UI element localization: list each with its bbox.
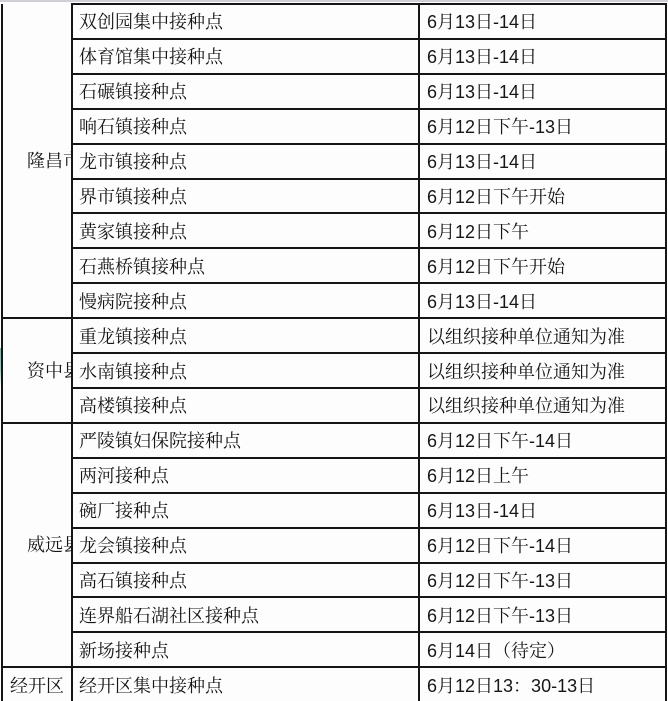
table-row: 黄家镇接种点6月12日下午 [2,213,666,248]
schedule-cell: 6月12日下午-13日 [419,597,666,632]
page: 隆昌市双创园集中接种点6月13日-14日体育馆集中接种点6月13日-14日石碾镇… [0,0,668,701]
site-cell: 慢病院接种点 [72,283,419,318]
region-label: 资中县 [27,359,47,383]
table-row: 资中县重龙镇接种点以组织接种单位通知为准 [2,318,666,353]
schedule-cell: 6月13日-14日 [419,74,666,109]
region-cell: 隆昌市 [2,4,72,318]
site-cell: 高楼镇接种点 [72,388,419,423]
site-cell: 界市镇接种点 [72,179,419,214]
schedule-cell: 6月13日-14日 [419,283,666,318]
vaccination-schedule-table: 隆昌市双创园集中接种点6月13日-14日体育馆集中接种点6月13日-14日石碾镇… [1,3,667,701]
schedule-cell: 6月12日下午-14日 [419,528,666,563]
site-cell: 高石镇接种点 [72,563,419,598]
site-cell: 新场接种点 [72,632,419,667]
site-cell: 双创园集中接种点 [72,4,419,39]
table-row: 体育馆集中接种点6月13日-14日 [2,39,666,74]
schedule-cell: 6月12日下午-14日 [419,423,666,458]
region-label: 隆昌市 [27,149,47,173]
region-label: 经开区 [10,676,64,696]
schedule-cell: 6月12日下午开始 [419,179,666,214]
site-cell: 龙会镇接种点 [72,528,419,563]
region-label: 威远县 [27,533,47,557]
site-cell: 石碾镇接种点 [72,74,419,109]
table-row: 碗厂接种点6月13日-14日 [2,493,666,528]
schedule-cell: 6月12日13：30-13日 [419,667,666,701]
site-cell: 石燕桥镇接种点 [72,248,419,283]
schedule-cell: 6月12日下午-13日 [419,109,666,144]
schedule-cell: 6月13日-14日 [419,4,666,39]
site-cell: 龙市镇接种点 [72,144,419,179]
table-row: 慢病院接种点6月13日-14日 [2,283,666,318]
schedule-cell: 以组织接种单位通知为准 [419,353,666,388]
table-row: 水南镇接种点以组织接种单位通知为准 [2,353,666,388]
region-cell: 威远县 [2,423,72,667]
site-cell: 体育馆集中接种点 [72,39,419,74]
schedule-cell: 以组织接种单位通知为准 [419,388,666,423]
table-row: 经开区经开区集中接种点6月12日13：30-13日 [2,667,666,701]
site-cell: 重龙镇接种点 [72,318,419,353]
table-row: 龙会镇接种点6月12日下午-14日 [2,528,666,563]
table-row: 响石镇接种点6月12日下午-13日 [2,109,666,144]
table-row: 高石镇接种点6月12日下午-13日 [2,563,666,598]
schedule-cell: 6月13日-14日 [419,39,666,74]
region-cell: 资中县 [2,318,72,423]
schedule-cell: 6月13日-14日 [419,144,666,179]
site-cell: 响石镇接种点 [72,109,419,144]
schedule-cell: 6月12日下午 [419,213,666,248]
schedule-cell: 6月12日下午-13日 [419,563,666,598]
table-row: 石燕桥镇接种点6月12日下午开始 [2,248,666,283]
table-body: 隆昌市双创园集中接种点6月13日-14日体育馆集中接种点6月13日-14日石碾镇… [2,4,666,701]
table-row: 隆昌市双创园集中接种点6月13日-14日 [2,4,666,39]
table-row: 新场接种点6月14日（待定） [2,632,666,667]
table-row: 威远县严陵镇妇保院接种点6月12日下午-14日 [2,423,666,458]
table-row: 连界船石湖社区接种点6月12日下午-13日 [2,597,666,632]
table-row: 石碾镇接种点6月13日-14日 [2,74,666,109]
schedule-cell: 6月13日-14日 [419,493,666,528]
site-cell: 连界船石湖社区接种点 [72,597,419,632]
site-cell: 碗厂接种点 [72,493,419,528]
schedule-cell: 以组织接种单位通知为准 [419,318,666,353]
site-cell: 黄家镇接种点 [72,213,419,248]
site-cell: 严陵镇妇保院接种点 [72,423,419,458]
table-row: 两河接种点6月12日上午 [2,458,666,493]
site-cell: 两河接种点 [72,458,419,493]
table-row: 高楼镇接种点以组织接种单位通知为准 [2,388,666,423]
site-cell: 经开区集中接种点 [72,667,419,701]
table-row: 界市镇接种点6月12日下午开始 [2,179,666,214]
schedule-cell: 6月14日（待定） [419,632,666,667]
schedule-cell: 6月12日上午 [419,458,666,493]
top-border-strip [0,0,668,2]
table-row: 龙市镇接种点6月13日-14日 [2,144,666,179]
site-cell: 水南镇接种点 [72,353,419,388]
schedule-cell: 6月12日下午开始 [419,248,666,283]
region-cell: 经开区 [2,667,72,701]
